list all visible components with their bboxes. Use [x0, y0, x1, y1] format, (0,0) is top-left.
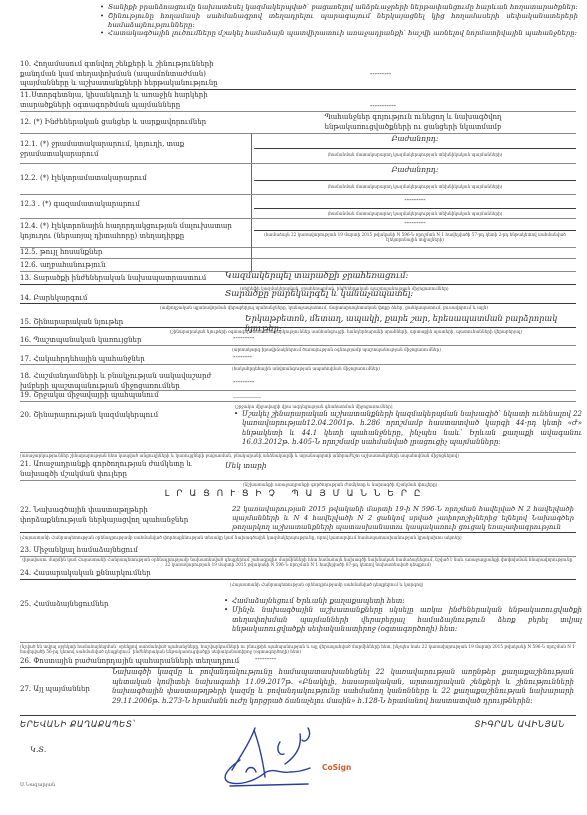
row-12-4-note: (համաձայն 22 կառավարության 19 մարտի 2015… — [254, 232, 576, 242]
row-25-label: 25. Համաձայնեցումներ — [20, 600, 220, 610]
row-13-value: Կազմակերպել տարածքի ջրահեռացում: — [225, 272, 408, 282]
row-25-bullet-mayor: Համաձայնեցում Երևանի քաղաքապետի հետ: — [232, 597, 582, 606]
row-10-label: 10. Հողամասում գտնվող շենքերի և շինությո… — [20, 60, 245, 89]
bullet-neighbor-consent: Շինությունը հողամասի սահմանագրով տեղադրե… — [108, 12, 578, 30]
row-18-label: 18. Հաշմանդամների և բնակչության սակավաշա… — [20, 372, 230, 391]
row-12-label: 12. (*) Ինժեներական ցանցեր և սարքավորում… — [20, 118, 260, 128]
row-19-note: (շրջակա միջավայրի վրա ազդեցության գնահատ… — [235, 404, 575, 409]
row-15-note: (շինարարական նյութերի օգտագործման առաջար… — [170, 329, 570, 334]
row-27-value: Նախագծի կազմը և բովանդակությունը համապատ… — [112, 668, 574, 706]
mayor-title: ԵՐԵՎԱՆԻ ՔԱՂԱՔԱՊԵՏ՝ — [20, 720, 135, 730]
signature-graphic — [210, 722, 330, 792]
row-16-note: (արտակարգ իրավիճակներում ծառայության օգն… — [232, 347, 572, 352]
row-12-1-label: 12.1. (*) ջրամատակարարում, կոյուղի, տաք … — [20, 140, 248, 159]
row-23-note: (իրավասու մարմին կամ Հայաստանի Հանրապետո… — [20, 557, 576, 567]
top-bullet-list: Տանիքի բրանձոացումը նախատեսել կազմակերպվ… — [98, 3, 578, 38]
row-26-label: 26. Փոստային բաժանորդային պահարանների տե… — [20, 657, 240, 667]
row-21-note: (Աշխատանքի առաջադրանքի գործողության ժամկ… — [150, 482, 530, 487]
row-22-note: (Հայաստանի Հանրապետության օրենսդրությամբ… — [20, 535, 576, 540]
row-13-label: 13. Տարածքի ինժեներական նախապատրաստում — [20, 274, 220, 284]
row-25-note: (նշված են տվյալ օբյեկտի համաձայնեցման՝ օ… — [20, 644, 576, 654]
row-12-1-value: Բաժանորդ: — [254, 134, 576, 144]
row-24-label: 24. Հասարակական քննարկումներ — [20, 569, 320, 579]
row-20-value: Մշակել շինարարական աշխատանքների կազմակեր… — [242, 410, 582, 448]
row-27-label: 27. Այլ պայմաններ — [20, 685, 120, 695]
row-19-label: 19. Շրջակա միջավայրի պահպանում — [20, 391, 220, 401]
row-12-5-label: 12.5. թույլ հոսանքներ — [20, 248, 248, 258]
row-20-value-list: Մշակել շինարարական աշխատանքների կազմակեր… — [232, 410, 582, 448]
bullet-floor-plans: Հատակագծային լուծումները մշակել համաձայն… — [108, 29, 578, 38]
esign-logo: CoSign — [322, 763, 351, 772]
row-17-note: (հակահրդեհային անվտանգության ապահովման մ… — [232, 366, 572, 371]
row-12-1-note: (համանման մատակարարող կազմակերպության տե… — [254, 152, 576, 157]
row-12-2-value: Բաժանորդ: — [254, 165, 576, 175]
row-22-label: 22. Նախագծային փաստաթղթերի փորձաքննությա… — [20, 506, 200, 525]
row-17-value: -------- — [233, 353, 252, 363]
row-21-label: 21. Առաջադրանքի գործողության ժամկետը և ն… — [20, 460, 220, 479]
row-19-value: ________ — [233, 390, 261, 400]
row-20-label: 20. Շինարարության կազմակերպում — [20, 411, 220, 421]
mayor-name: ՏԻԳՐԱՆ ԱՎԻՆՅԱՆ — [475, 720, 565, 730]
row-11-label: 11.Ստորգետնյա, կիսանկուղի և առաջին հարկե… — [20, 91, 245, 110]
row-18-value: --------- — [233, 378, 254, 388]
row-14-note: (ամբողջական պլանավորման վերաբերյալ պահան… — [160, 305, 580, 310]
row-23-label: 23. Միջանկյալ համաձայնեցում — [20, 546, 320, 556]
row-10-value: --------- — [370, 70, 391, 80]
row-12-4-label: 12.4. (*) էլեկտրոնային հաղորդակցության մ… — [20, 222, 248, 241]
row-12-3-label: 12.3 . (*) գազամատակարարում — [20, 200, 248, 210]
row-12-3-value: --------- — [254, 196, 576, 206]
row-12-4-value: --------- — [254, 219, 576, 229]
row-21-value: Մեկ տարի — [225, 461, 267, 471]
prepared-by: Ս.Նազարյան — [20, 782, 55, 788]
section-title-additional-conditions: Լ Ր Ա Ց Ո Ւ Ց Ի Չ Պ Ա Յ Մ Ա Ն Ն Ե Ր Ը — [0, 489, 587, 499]
row-20-note: (առաջարկություններ շինարարության հետ կապ… — [20, 453, 576, 458]
row-22-value: 22 կառավարության 2015 թվականի մարտի 19-ի… — [232, 505, 574, 532]
row-16-value: --------- — [233, 334, 254, 344]
bullet-roof-drainage: Տանիքի բրանձոացումը նախատեսել կազմակերպվ… — [108, 3, 578, 12]
row-12-header: Պահանջներ գոյություն ունեցող և նախագծվող… — [288, 113, 538, 132]
row-12-6-label: 12.6. աղբահանություն — [20, 261, 248, 271]
row-25-bullet-infrastructure: Մինչև նախագծային աշխատանքները սկսելը առկ… — [232, 606, 582, 634]
row-14-value: Տարածքը բարեկարգել և կանաչապատել: — [225, 290, 413, 300]
row-25-bullets: Համաձայնեցում Երևանի քաղաքապետի հետ: Մին… — [222, 597, 582, 635]
row-12-2-label: 12.2. (*) էլեկտրամատակարարում — [20, 174, 248, 184]
row-24-note: (Հայաստանի Հանրապետության օրենսդրությամբ… — [230, 582, 570, 587]
seal-label: Կ.Տ. — [30, 745, 46, 754]
row-26-value: --------- — [255, 655, 276, 665]
row-12-2-note: (համանման մատակարարող կազմակերպության տե… — [254, 184, 576, 189]
row-12-3-note: (համանման մատակարարող կազմակերպության տե… — [254, 211, 576, 216]
